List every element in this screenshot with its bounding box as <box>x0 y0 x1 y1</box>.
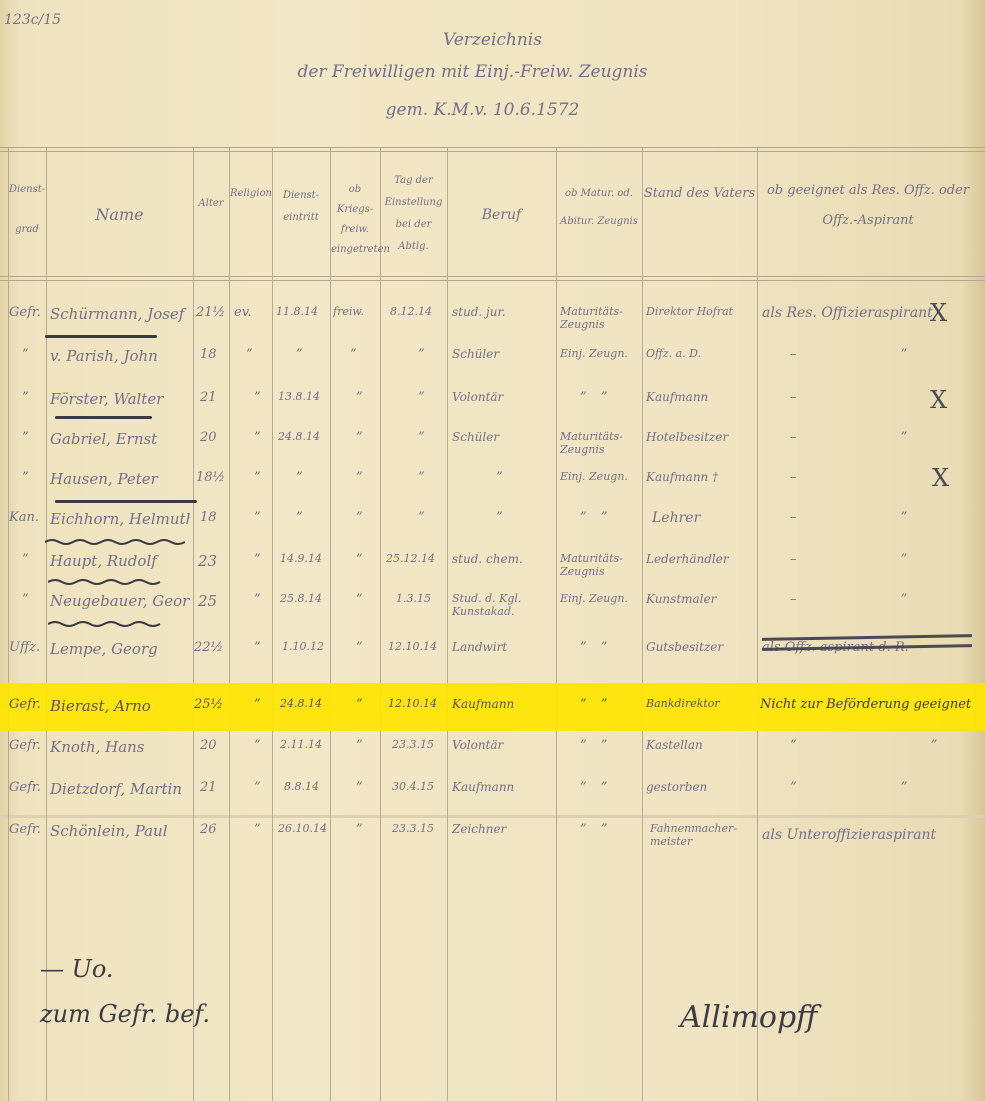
cell-profession: Volontär <box>452 390 554 404</box>
cell-certificate: ” ” <box>580 822 640 837</box>
cell-name: Gabriel, Ernst <box>50 430 190 448</box>
cell-certificate: ” ” <box>580 390 640 405</box>
document-subtitle-2: gem. K.M.v. 10.6.1572 <box>0 100 975 120</box>
cell-rank: ” <box>22 592 46 607</box>
cell-profession: Zeichner <box>452 822 554 836</box>
cell-rank: ” <box>22 430 46 445</box>
cell-certificate: ” ” <box>580 697 640 712</box>
cell-religion: ” <box>254 430 270 445</box>
cell-enlisted: 13.8.14 <box>278 390 330 403</box>
cell-enlisted: 26.10.14 <box>278 822 330 835</box>
cell-rank: Gefr. <box>9 697 45 712</box>
table-row[interactable]: ” Gabriel, Ernst 20 ” 24.8.14 ” ” Schüle… <box>0 430 985 474</box>
cell-enlisted: 1.10.12 <box>282 640 330 653</box>
cell-age: 21½ <box>196 305 228 320</box>
cell-kriegsfreiw: ” <box>356 552 376 567</box>
cell-rank: Gefr. <box>9 780 45 795</box>
cell-enlisted: 2.11.14 <box>280 738 330 751</box>
cell-age: 18½ <box>196 470 228 485</box>
cell-rank: Uffz. <box>9 640 45 655</box>
cell-suitable: – <box>790 390 820 405</box>
cell-hired: 12.10.14 <box>388 697 446 710</box>
header-rank: Dienst-grad <box>9 170 45 250</box>
cell-hired: 12.10.14 <box>388 640 446 653</box>
cell-enlisted: ” <box>296 470 326 485</box>
cell-certificate: Maturitäts-Zeugnis <box>560 305 640 331</box>
cell-religion: ” <box>254 822 270 837</box>
header-profession: Beruf <box>448 200 555 230</box>
cell-religion: ” <box>254 470 270 485</box>
header-age: Alter <box>194 195 228 213</box>
table-row[interactable]: ” v. Parish, John 18 ” ” ” ” Schüler Ein… <box>0 347 985 391</box>
name-wavy-underline <box>45 538 185 546</box>
cell-name: Knoth, Hans <box>50 738 190 756</box>
cell-profession: stud. chem. <box>452 552 554 566</box>
table-row[interactable]: Gefr. Schürmann, Josef 21½ ev. 11.8.14 f… <box>0 305 985 349</box>
cell-suitable: – ” <box>790 552 970 567</box>
cell-kriegsfreiw: ” <box>356 510 376 525</box>
cell-kriegsfreiw: ” <box>356 430 376 445</box>
cell-kriegsfreiw: ” <box>356 390 376 405</box>
cell-age: 23 <box>198 552 228 570</box>
cell-suitable: ” ” <box>790 738 970 753</box>
cell-father: Kaufmann † <box>646 470 756 484</box>
header-bottom-rule-double <box>0 280 985 281</box>
cell-religion: ” <box>254 738 270 753</box>
cell-father: Hotelbesitzer <box>646 430 756 444</box>
cell-profession: ” <box>496 510 546 525</box>
cell-age: 22½ <box>194 640 228 655</box>
header-certificate: ob Matur. od. Abitur. Zeugnis <box>557 180 641 236</box>
cell-enlisted: 8.8.14 <box>284 780 330 793</box>
footer-note-line1: — Uo. <box>40 955 114 983</box>
cell-hired: 23.3.15 <box>392 822 446 835</box>
table-row[interactable]: ” Neugebauer, Georg 25 ” 25.8.14 ” 1.3.1… <box>0 592 985 636</box>
cell-rank: Gefr. <box>9 822 45 837</box>
cell-kriegsfreiw: ” <box>350 347 376 362</box>
cell-suitable: – ” <box>790 510 970 525</box>
cell-kriegsfreiw: ” <box>356 640 376 655</box>
cell-enlisted: ” <box>296 347 326 362</box>
cell-name: Lempe, Georg <box>50 640 190 658</box>
cell-kriegsfreiw: ” <box>356 738 376 753</box>
cell-enlisted: 14.9.14 <box>280 552 330 565</box>
cell-father: Kaufmann <box>646 390 756 404</box>
cell-kriegsfreiw: ” <box>356 470 376 485</box>
cell-age: 18 <box>200 510 228 525</box>
cell-rank: Kan. <box>9 510 45 525</box>
cell-suitable: – ” <box>790 347 970 362</box>
cell-profession: Kaufmann <box>452 780 554 794</box>
cell-rank: Gefr. <box>9 305 45 320</box>
document-reference: 123c/15 <box>4 12 61 28</box>
table-row[interactable]: ” Hausen, Peter 18½ ” ” ” ” ” Einj. Zeug… <box>0 470 985 514</box>
cell-name: Schönlein, Paul <box>50 822 190 840</box>
cell-kriegsfreiw: ” <box>356 697 376 712</box>
cell-religion: ” <box>254 510 270 525</box>
cell-age: 25 <box>198 592 228 610</box>
cell-hired: ” <box>418 347 444 362</box>
cell-father: Fahnenmacher-meister <box>650 822 750 848</box>
cell-hired: 30.4.15 <box>392 780 446 793</box>
cell-certificate: Einj. Zeugn. <box>560 592 640 605</box>
cell-kriegsfreiw: freiw. <box>333 305 379 318</box>
cell-suitable: – <box>790 470 820 485</box>
cell-religion: ” <box>246 347 270 362</box>
cell-profession: Schüler <box>452 347 554 361</box>
table-row-highlighted[interactable]: Gefr. Bierast, Arno 25½ ” 24.8.14 ” 12.1… <box>0 697 985 741</box>
cross-mark-icon: X <box>930 299 947 327</box>
name-underline <box>55 416 152 419</box>
cell-name: Neugebauer, Georg <box>50 592 190 610</box>
document-subtitle: der Freiwilligen mit Einj.-Freiw. Zeugni… <box>0 62 965 82</box>
cell-age: 25½ <box>194 697 228 712</box>
cell-suitable: als Unteroffizieraspirant <box>762 822 972 848</box>
cell-religion: ” <box>254 697 270 712</box>
cell-rank: ” <box>22 470 46 485</box>
cell-name: v. Parish, John <box>50 347 190 365</box>
table-row[interactable]: Kan. Eichhorn, Helmuth 18 ” ” ” ” ” ” ” … <box>0 510 985 554</box>
cell-father: Direktor Hofrat <box>646 305 756 318</box>
header-enlisted: Dienst-eintritt <box>273 185 329 229</box>
cell-suitable: – ” <box>790 430 970 445</box>
cell-profession: Schüler <box>452 430 554 444</box>
cell-religion: ” <box>254 552 270 567</box>
table-row[interactable]: ” Haupt, Rudolf 23 ” 14.9.14 ” 25.12.14 … <box>0 552 985 596</box>
cell-age: 18 <box>200 347 228 362</box>
cell-hired: ” <box>418 510 444 525</box>
cell-certificate: ” ” <box>580 738 640 753</box>
footer-note-line2: zum Gefr. bef. <box>40 1000 210 1028</box>
header-name: Name <box>47 200 192 230</box>
cross-mark-icon: X <box>932 464 949 492</box>
table-row[interactable]: ” Förster, Walter 21 ” 13.8.14 ” ” Volon… <box>0 390 985 434</box>
cell-name: Schürmann, Josef <box>50 305 190 323</box>
cell-suitable: ” ” <box>790 780 970 795</box>
cell-certificate: ” ” <box>580 510 640 525</box>
table-row[interactable]: Gefr. Knoth, Hans 20 ” 2.11.14 ” 23.3.15… <box>0 738 985 782</box>
cell-certificate: Maturitäts-Zeugnis <box>560 552 640 578</box>
cell-hired: ” <box>418 390 444 405</box>
cell-hired: 25.12.14 <box>386 552 446 565</box>
cell-father: Kunstmaler <box>646 592 756 606</box>
cell-father: Gutsbesitzer <box>646 640 756 654</box>
cell-hired: 23.3.15 <box>392 738 446 751</box>
cell-profession: Landwirt <box>452 640 554 654</box>
cell-name: Hausen, Peter <box>50 470 190 488</box>
header-religion: Religion <box>230 185 271 203</box>
cell-certificate: Maturitäts-Zeugnis <box>560 430 640 456</box>
document-title: Verzeichnis <box>0 30 985 50</box>
cell-enlisted: 24.8.14 <box>280 697 330 710</box>
cell-religion: ” <box>254 390 270 405</box>
cell-enlisted: 11.8.14 <box>276 305 330 318</box>
cell-age: 21 <box>200 780 228 795</box>
name-underline <box>55 500 197 503</box>
cell-kriegsfreiw: ” <box>356 780 376 795</box>
cell-kriegsfreiw: ” <box>356 822 376 837</box>
cell-religion: ” <box>254 780 270 795</box>
cell-age: 21 <box>200 390 228 405</box>
cell-name: Bierast, Arno <box>50 697 190 715</box>
cell-profession: stud. jur. <box>452 305 554 319</box>
cell-religion: ” <box>254 592 270 607</box>
cell-profession: Stud. d. Kgl. Kunstakad. <box>452 592 554 618</box>
cell-father: gestorben <box>646 780 756 794</box>
header-bottom-rule <box>0 276 985 277</box>
cell-enlisted: 25.8.14 <box>280 592 330 605</box>
name-wavy-underline <box>48 578 166 586</box>
cell-certificate: ” ” <box>580 780 640 795</box>
cell-father: Lederhändler <box>646 552 756 566</box>
cell-age: 20 <box>200 430 228 445</box>
cell-name: Dietzdorf, Martin <box>50 780 190 798</box>
cell-certificate: ” ” <box>580 640 640 655</box>
name-underline <box>45 335 157 338</box>
cell-father: Bankdirektor <box>646 697 756 710</box>
cell-hired: ” <box>418 470 444 485</box>
cross-mark-icon: X <box>930 386 947 414</box>
cell-profession: Kaufmann <box>452 697 554 711</box>
table-row[interactable]: Gefr. Dietzdorf, Martin 21 ” 8.8.14 ” 30… <box>0 780 985 824</box>
cell-name: Förster, Walter <box>50 390 190 408</box>
cell-kriegsfreiw: ” <box>356 592 376 607</box>
name-wavy-underline <box>48 620 166 628</box>
cell-rank: ” <box>22 552 46 567</box>
cell-religion: ” <box>254 640 270 655</box>
cell-rank: ” <box>22 347 46 362</box>
cell-name: Haupt, Rudolf <box>50 552 190 570</box>
header-hired: Tag der Einstellung bei der Abtlg. <box>381 170 446 258</box>
cell-suitable: – ” <box>790 592 970 607</box>
table-top-rule <box>0 147 985 148</box>
cell-enlisted: 24.8.14 <box>278 430 330 443</box>
cell-age: 20 <box>200 738 228 753</box>
signature: Allimopff <box>680 1000 817 1035</box>
cell-rank: ” <box>22 390 46 405</box>
cell-hired: 8.12.14 <box>390 305 446 318</box>
header-kriegsfreiw: ob Kriegs-freiw. eingetreten <box>331 180 379 260</box>
table-row[interactable]: Gefr. Schönlein, Paul 26 ” 26.10.14 ” 23… <box>0 822 985 878</box>
table-row[interactable]: Uffz. Lempe, Georg 22½ ” 1.10.12 ” 12.10… <box>0 640 985 684</box>
cell-hired: ” <box>418 430 444 445</box>
cell-father: Lehrer <box>652 510 756 526</box>
cell-father: Kastellan <box>646 738 756 752</box>
header-father: Stand des Vaters <box>643 180 756 208</box>
table-top-rule-double <box>0 151 985 152</box>
cell-name: Eichhorn, Helmuth <box>50 510 190 528</box>
cell-certificate: Einj. Zeugn. <box>560 470 640 483</box>
cell-suitable: Nicht zur Beförderung geeignet <box>760 697 985 712</box>
cell-certificate: Einj. Zeugn. <box>560 347 640 360</box>
cell-rank: Gefr. <box>9 738 45 753</box>
cell-age: 26 <box>200 822 228 837</box>
cell-father: Offz. a. D. <box>646 347 756 360</box>
cell-enlisted: ” <box>296 510 326 525</box>
cell-hired: 1.3.15 <box>396 592 446 605</box>
cell-religion: ev. <box>234 305 270 320</box>
header-suitable: ob geeignet als Res. Offz. oder Offz.-As… <box>758 176 978 236</box>
cell-profession: ” <box>496 470 546 485</box>
cell-profession: Volontär <box>452 738 554 752</box>
